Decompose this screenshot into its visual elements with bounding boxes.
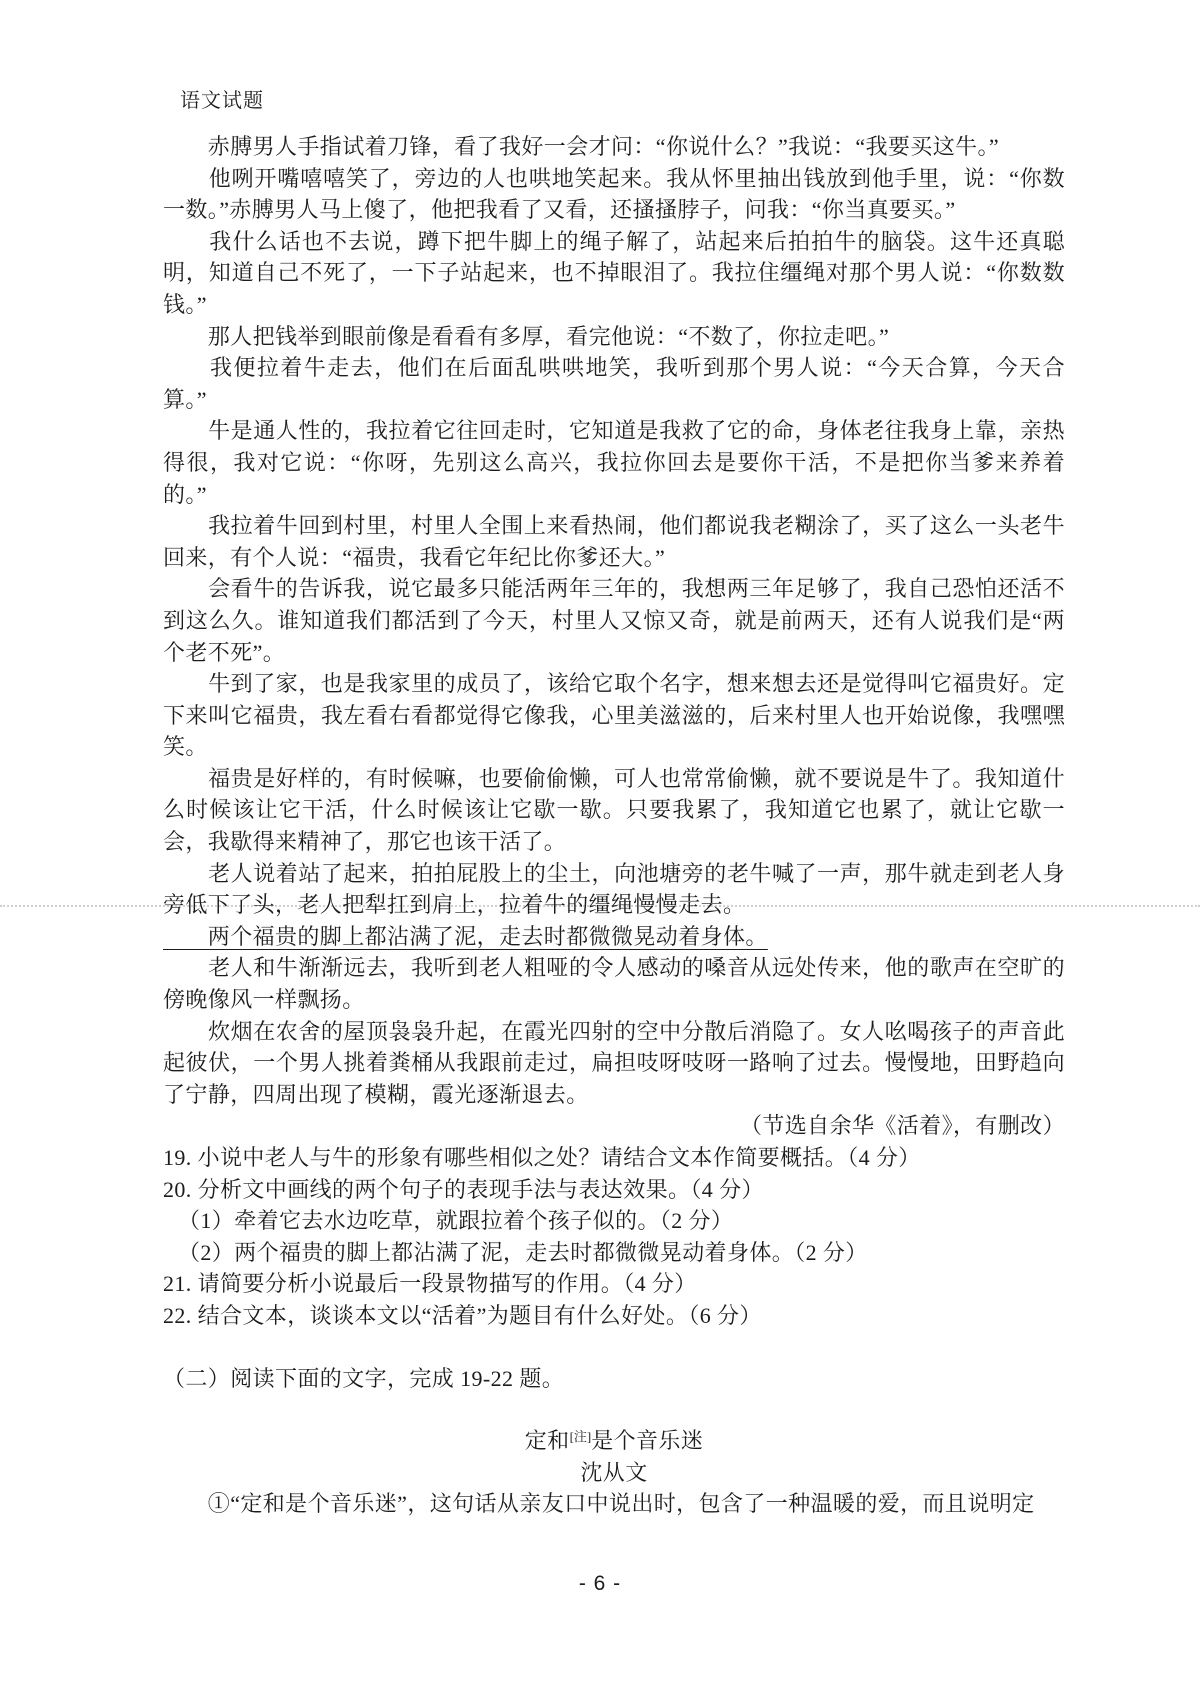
page-number: - 6 -: [0, 1572, 1200, 1596]
passage-paragraph: 老人说着站了起来，拍拍屁股上的尘土，向池塘旁的老牛喊了一声，那牛就走到老人身旁低…: [163, 858, 1065, 921]
question-21: 21. 请简要分析小说最后一段景物描写的作用。（4 分）: [163, 1268, 1065, 1300]
passage-paragraph: 牛是通人性的，我拉着它往回走时，它知道是我救了它的命，身体老往我身上靠，亲热得很…: [163, 415, 1065, 510]
document-header: 语文试题: [180, 84, 264, 113]
page-content: 赤膊男人手指试着刀锋，看了我好一会才问：“你说什么？”我说：“我要买这牛。” 他…: [163, 131, 1065, 1520]
passage2-author: 沈从文: [163, 1457, 1065, 1489]
question-22: 22. 结合文本，谈谈本文以“活着”为题目有什么好处。（6 分）: [163, 1300, 1065, 1332]
passage-paragraph: 赤膊男人手指试着刀锋，看了我好一会才问：“你说什么？”我说：“我要买这牛。”: [163, 131, 1065, 163]
passage-paragraph-underlined: 两个福贵的脚上都沾满了泥，走去时都微微晃动着身体。: [163, 921, 1065, 953]
question-20-sub-1: （1）牵着它去水边吃草，就跟拉着个孩子似的。（2 分）: [163, 1205, 1065, 1237]
question-20: 20. 分析文中画线的两个句子的表现手法与表达效果。（4 分）: [163, 1174, 1065, 1206]
passage-paragraph: 炊烟在农舍的屋顶袅袅升起，在霞光四射的空中分散后消隐了。女人吆喝孩子的声音此起彼…: [163, 1016, 1065, 1111]
passage-paragraph: 我拉着牛回到村里，村里人全围上来看热闹，他们都说我老糊涂了，买了这么一头老牛回来…: [163, 510, 1065, 573]
passage2-paragraph: ①“定和是个音乐迷”，这句话从亲友口中说出时，包含了一种温暖的爱，而且说明定: [163, 1488, 1065, 1520]
section-2-header: （二）阅读下面的文字，完成 19-22 题。: [163, 1363, 1065, 1395]
passage-paragraph: 那人把钱举到眼前像是看看有多厚，看完他说：“不数了，你拉走吧。”: [163, 321, 1065, 353]
passage-paragraph: 我什么话也不去说，蹲下把牛脚上的绳子解了，站起来后拍拍牛的脑袋。这牛还真聪明，知…: [163, 226, 1065, 321]
passage-paragraph: 会看牛的告诉我，说它最多只能活两年三年的，我想两三年足够了，我自己恐怕还活不到这…: [163, 573, 1065, 668]
exam-page: 语文试题 赤膊男人手指试着刀锋，看了我好一会才问：“你说什么？”我说：“我要买这…: [0, 0, 1200, 1698]
passage2-title: 定和[注]是个音乐迷: [163, 1425, 1065, 1457]
passage-paragraph: 他咧开嘴嘻嘻笑了，旁边的人也哄地笑起来。我从怀里抽出钱放到他手里，说：“你数一数…: [163, 163, 1065, 226]
passage-attribution: （节选自余华《活着》，有删改）: [163, 1110, 1065, 1142]
passage-paragraph: 老人和牛渐渐远去，我听到老人粗哑的令人感动的嗓音从远处传来，他的歌声在空旷的傍晚…: [163, 952, 1065, 1015]
question-19: 19. 小说中老人与牛的形象有哪些相似之处？请结合文本作简要概括。（4 分）: [163, 1142, 1065, 1174]
footnote-marker: [注]: [570, 1429, 592, 1444]
passage-paragraph: 我便拉着牛走去，他们在后面乱哄哄地笑，我听到那个男人说：“今天合算，今天合算。”: [163, 352, 1065, 415]
passage2-title-suffix: 是个音乐迷: [591, 1428, 703, 1453]
passage-paragraph: 牛到了家，也是我家里的成员了，该给它取个名字，想来想去还是觉得叫它福贵好。定下来…: [163, 668, 1065, 763]
question-20-sub-2: （2）两个福贵的脚上都沾满了泥，走去时都微微晃动着身体。（2 分）: [163, 1237, 1065, 1269]
passage-paragraph: 福贵是好样的，有时候嘛，也要偷偷懒，可人也常常偷懒，就不要说是牛了。我知道什么时…: [163, 763, 1065, 858]
passage2-title-text: 定和: [525, 1428, 570, 1453]
